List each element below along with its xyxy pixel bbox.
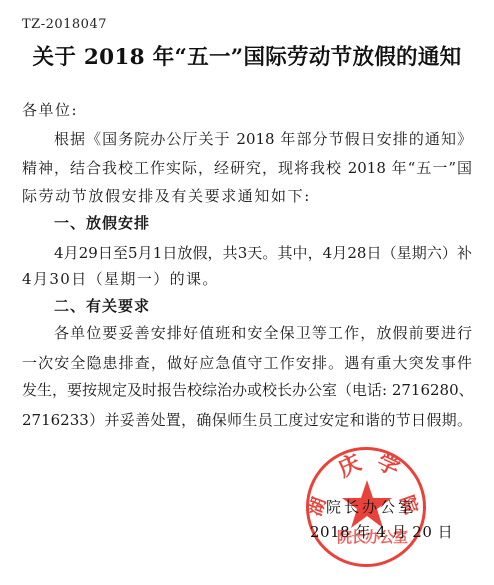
section2-line-1: 各单位要妥善安排好值班和安全保卫等工作，放假前要进行 bbox=[54, 323, 472, 343]
document-id: TZ-2018047 bbox=[22, 17, 107, 32]
section2-line-2: 一次安全隐患排查，做好应急值守工作安排。遇有重大突发事件 bbox=[22, 353, 472, 373]
seal-char: 庆 bbox=[335, 452, 364, 481]
signing-office: 院长办公室 bbox=[326, 496, 416, 517]
section1-line-1: 4月29日至5月1日放假，共3天。其中，4月28日（星期六）补 bbox=[54, 243, 472, 263]
section2-line-3: 发生，要按规定及时报告校综治办或校长办公室（电话: 2716280、 bbox=[22, 380, 472, 400]
document-title: 关于 2018 年“五一”国际劳动节放假的通知 bbox=[0, 40, 494, 71]
section2-line-4: 2716233）并妥善处置，确保师生员工度过安定和谐的节日假期。 bbox=[22, 410, 472, 430]
section-heading-holiday: 一、放假安排 bbox=[54, 213, 472, 233]
salutation: 各单位: bbox=[22, 100, 472, 120]
section1-line-2: 4月30日（星期一）的课。 bbox=[22, 269, 472, 289]
section-heading-requirements: 二、有关要求 bbox=[54, 296, 472, 316]
signing-date: 2018 年 4 月 20 日 bbox=[310, 521, 453, 542]
intro-line-1: 根据《国务院办公厅关于 2018 年部分节假日安排的通知》 bbox=[54, 129, 472, 149]
intro-line-3: 际劳动节放假安排及有关要求通知如下: bbox=[22, 186, 472, 206]
intro-line-2: 精神，结合我校工作实际，经研究，现将我校 2018 年“五一”国 bbox=[22, 158, 472, 178]
seal-char: 学 bbox=[373, 451, 402, 480]
